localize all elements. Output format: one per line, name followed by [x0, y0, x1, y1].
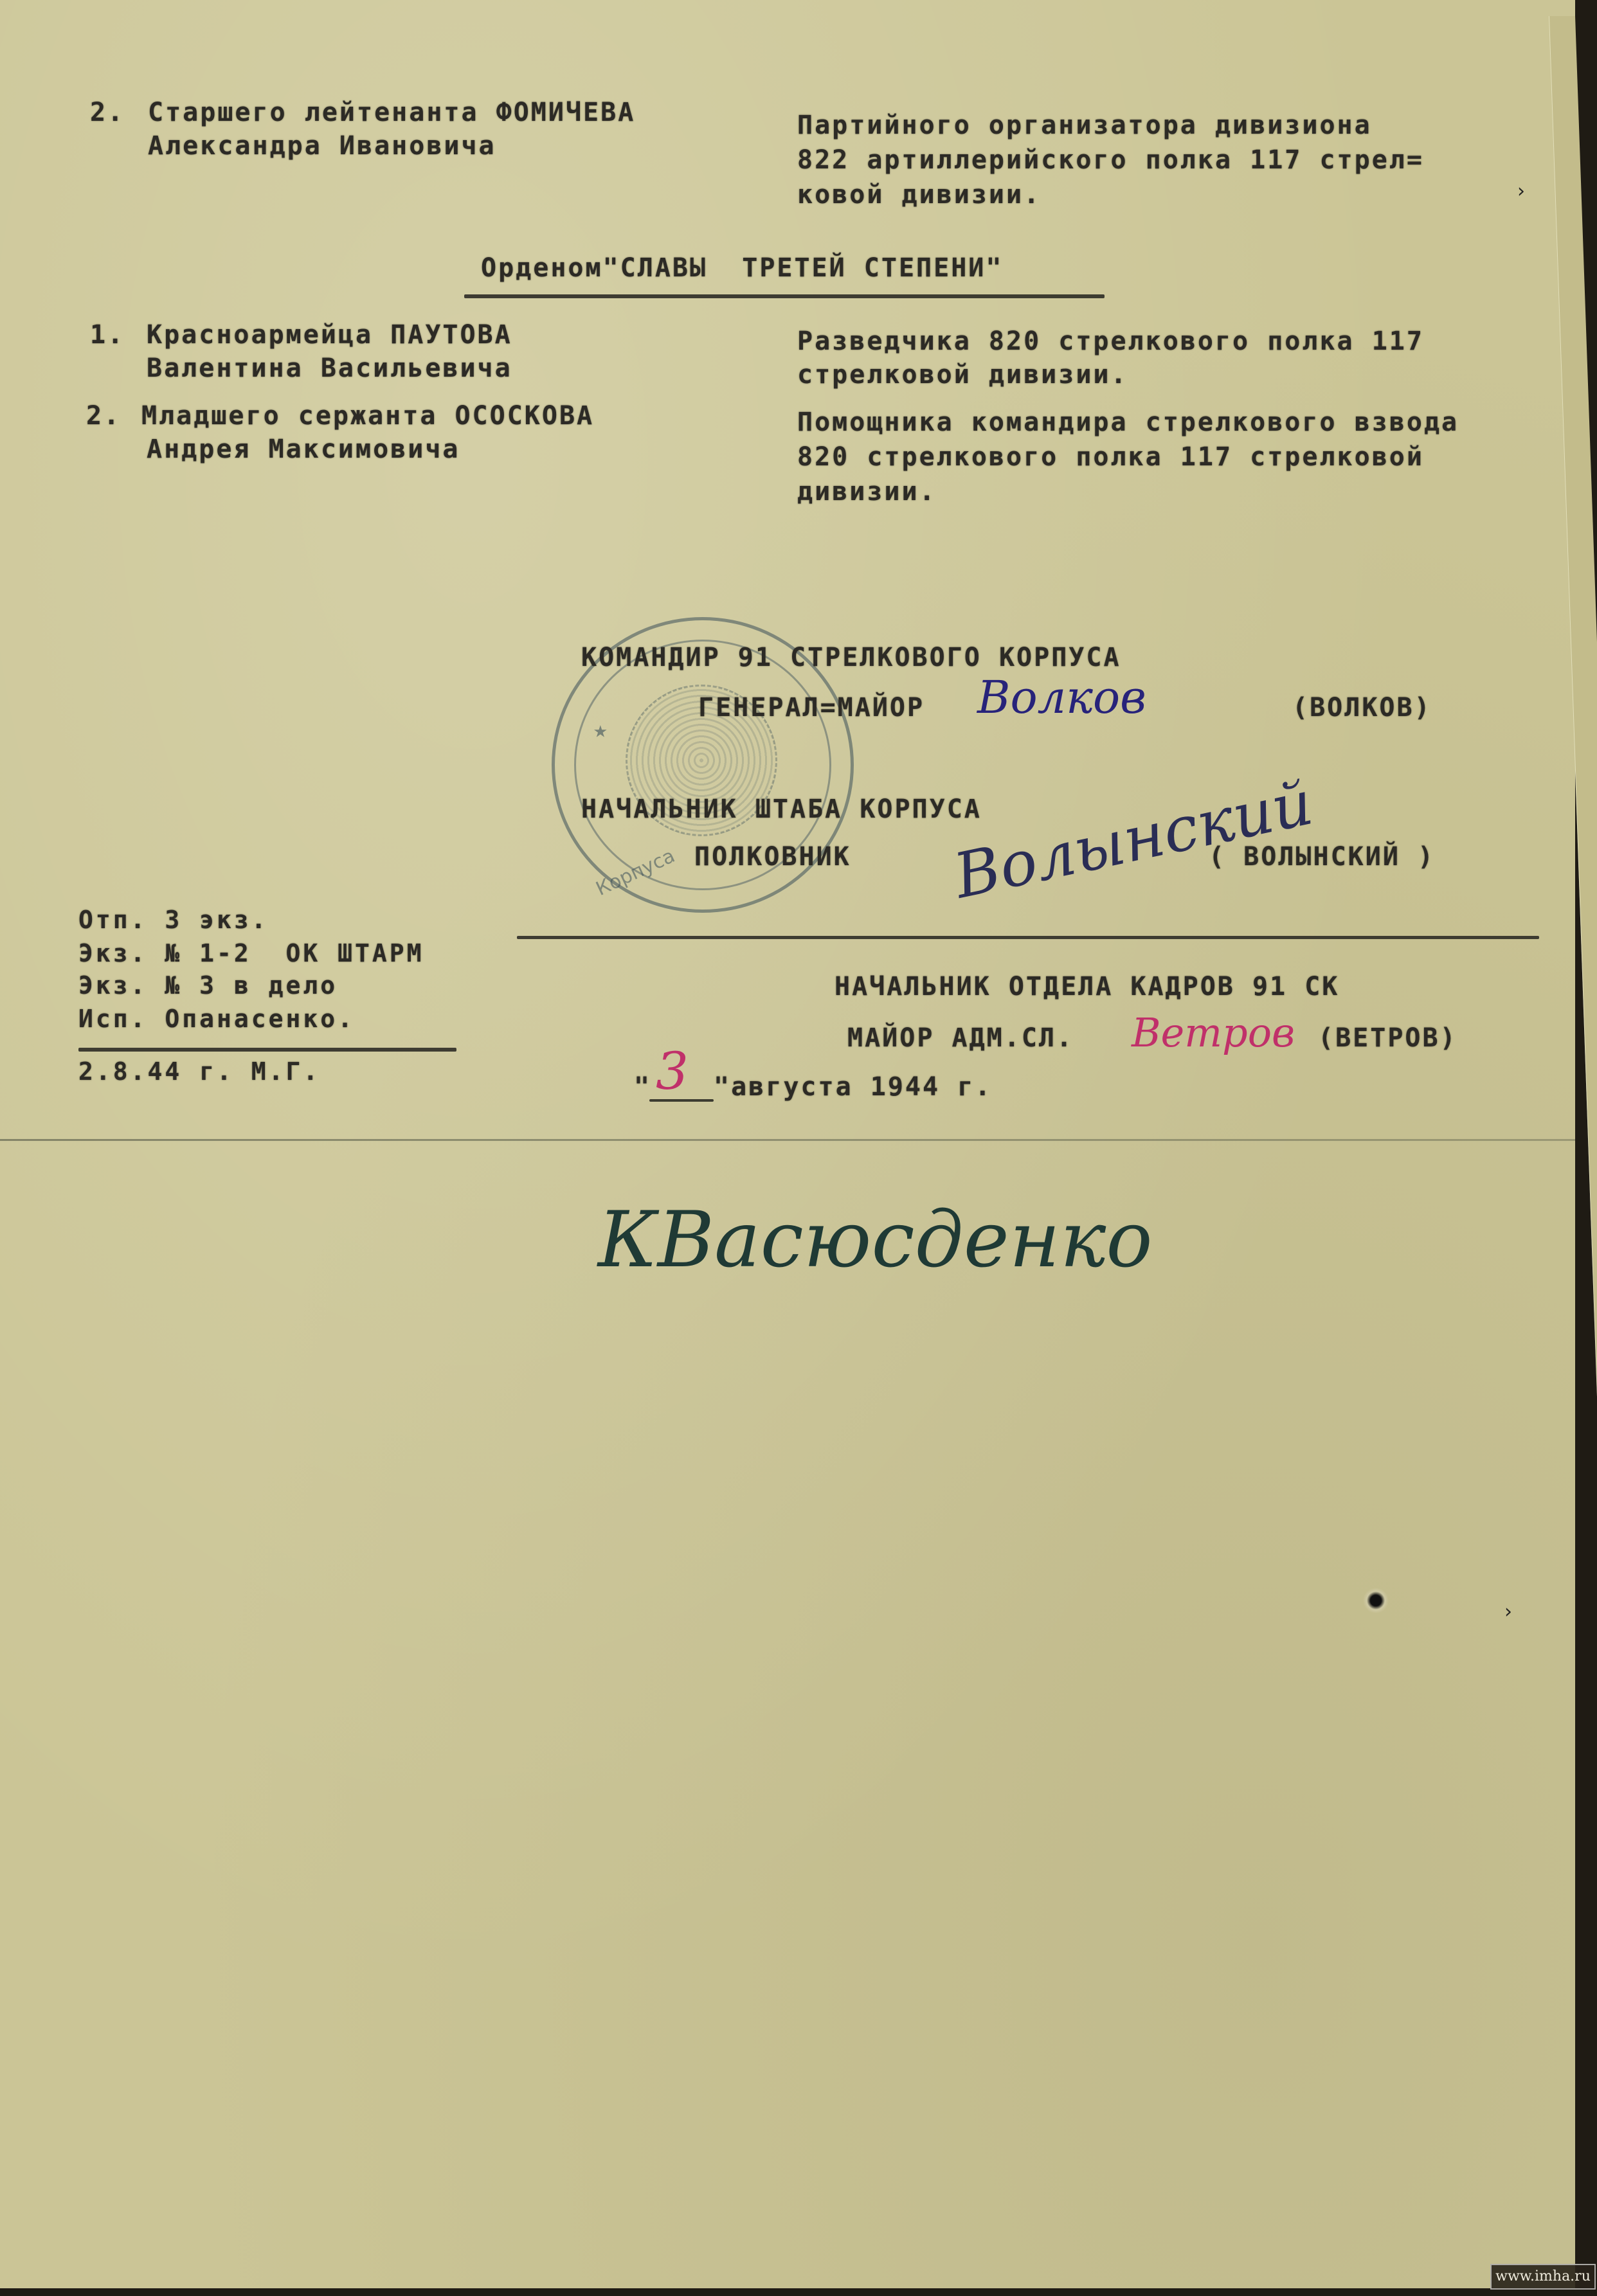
awardee-2-name-line1: Младшего сержанта ОСОСКОВА: [141, 399, 594, 433]
commander-title: КОМАНДИР 91 СТРЕЛКОВОГО КОРПУСА: [581, 640, 1121, 675]
order-heading: Орденом"СЛАВЫ ТРЕТЕЙ СТЕПЕНИ": [481, 251, 1003, 285]
watermark-label[interactable]: www.imha.ru: [1490, 2264, 1596, 2290]
margin-mark: ›: [1517, 180, 1525, 202]
commander-rank: ГЕНЕРАЛ=МАЙОР: [698, 690, 925, 725]
date-rest: "августа 1944 г.: [714, 1070, 992, 1104]
order-heading-underline: [464, 294, 1105, 298]
personnel-title: НАЧАЛЬНИК ОТДЕЛА КАДРОВ 91 СК: [835, 969, 1339, 1004]
dispatch-rule: [78, 1048, 456, 1052]
paper-hole: [1363, 1588, 1389, 1613]
commander-signature: Волков: [977, 671, 1146, 724]
margin-mark: ›: [1504, 1601, 1512, 1623]
section-rule: [517, 936, 1539, 939]
prev-item-position-line3: ковой дивизии.: [797, 177, 1041, 212]
prev-item-number: 2.: [90, 95, 125, 130]
awardee-1-number: 1.: [90, 318, 125, 352]
prev-item-position-line2: 822 артиллерийского полка 117 стрел=: [797, 143, 1424, 177]
paper-edge: [1549, 16, 1597, 2279]
personnel-rank: МАЙОР АДМ.СЛ.: [847, 1021, 1074, 1055]
awardee-2-position-line2: 820 стрелкового полка 117 стрелковой: [797, 440, 1424, 474]
star-icon: ★: [593, 717, 608, 743]
awardee-2-position-line1: Помощника командира стрелкового взвода: [797, 405, 1459, 440]
date-open-quote: ": [634, 1070, 651, 1104]
dispatch-line-1: Отп. 3 экз.: [78, 902, 269, 937]
awardee-2-number: 2.: [86, 399, 121, 433]
chief-of-staff-title: НАЧАЛЬНИК ШТАБА КОРПУСА: [581, 792, 982, 827]
chief-of-staff-name: ( ВОЛЫНСКИЙ ): [1209, 839, 1435, 874]
commander-name: (ВОЛКОВ): [1292, 690, 1432, 725]
awardee-1-name-line1: Красноармейца ПАУТОВА: [147, 318, 512, 352]
document-page: 2. Старшего лейтенанта ФОМИЧЕВА Александ…: [0, 0, 1575, 2288]
awardee-1-name-line2: Валентина Васильевича: [147, 351, 512, 386]
chief-of-staff-rank: ПОЛКОВНИК: [694, 839, 851, 874]
prev-item-name-line2: Александра Ивановича: [148, 129, 496, 163]
awardee-2-position-line3: дивизии.: [797, 474, 937, 509]
awardee-1-position-line2: стрелковой дивизии.: [797, 357, 1128, 392]
date-day-underline: [649, 1099, 714, 1102]
paper-fold-line: [0, 1139, 1575, 1141]
dispatch-line-4: Исп. Опанасенко.: [78, 1001, 355, 1036]
dispatch-line-2: Экз. № 1-2 ОК ШТАРМ: [78, 936, 424, 971]
dispatch-line-3: Экз. № 3 в дело: [78, 968, 338, 1003]
prev-item-position-line1: Партийного организатора дивизиона: [797, 108, 1372, 143]
dispatch-line-5: 2.8.44 г. М.Г.: [78, 1054, 320, 1089]
awardee-2-name-line2: Андрея Максимовича: [147, 432, 460, 467]
awardee-1-position-line1: Разведчика 820 стрелкового полка 117: [797, 324, 1424, 359]
personnel-signature: Ветров: [1132, 1009, 1295, 1056]
bottom-handwritten-signature: КВасюсденко: [598, 1196, 1153, 1285]
date-day: 3: [656, 1041, 689, 1101]
personnel-name: (ВЕТРОВ): [1318, 1021, 1457, 1055]
prev-item-name-line1: Старшего лейтенанта ФОМИЧЕВА: [148, 95, 635, 130]
